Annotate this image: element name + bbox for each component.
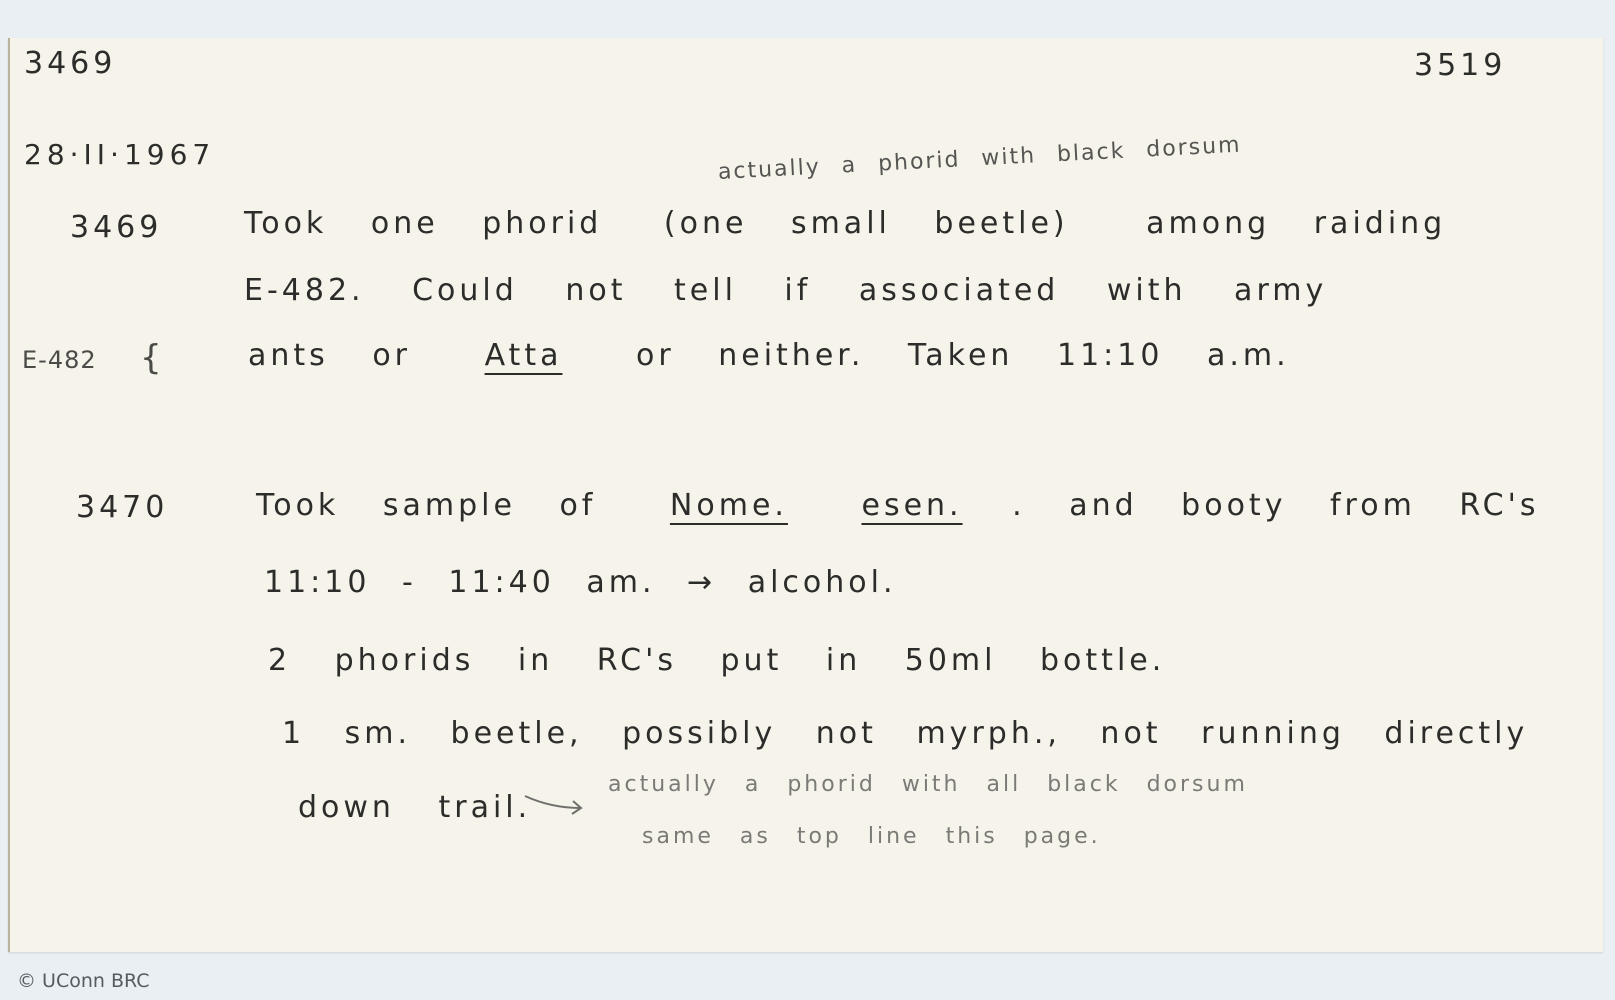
genus-underlined: Nome. — [670, 488, 788, 523]
catalog-number-right: 3519 — [1414, 48, 1506, 83]
line-text: Took one phorid — [244, 206, 602, 241]
pencil-annotation-line-1: actually a phorid with all black dorsum — [608, 772, 1248, 797]
pencil-annotation-line-2: same as top line this page. — [642, 824, 1101, 849]
line-text: Took sample of — [256, 488, 596, 523]
catalog-number-left: 3469 — [24, 46, 116, 81]
copyright-watermark: © UConn BRC — [17, 970, 150, 992]
entry-line-4: 1 sm. beetle, possibly not myrph., not r… — [282, 716, 1528, 751]
line-text: . and booty from RC's — [1012, 488, 1539, 523]
struck-identification: (one small beetle) — [664, 206, 1069, 241]
brace-mark: { — [140, 338, 162, 378]
line-text: or neither. Taken 11:10 a.m. — [636, 338, 1290, 373]
entry-line-1: Took one phorid (one small beetle) among… — [244, 206, 1446, 241]
entry-number: 3470 — [76, 490, 168, 525]
species-underlined: esen. — [861, 488, 962, 523]
genus-underlined: Atta — [485, 338, 563, 373]
entry-line-2: 11:10 - 11:40 am. → alcohol. — [264, 565, 897, 600]
line-text: ants or — [248, 338, 411, 373]
entry-line-3: ants or Atta or neither. Taken 11:10 a.m… — [248, 338, 1290, 373]
entry-line-1: Took sample of Nome. esen. . and booty f… — [256, 488, 1540, 523]
margin-note: E-482 — [22, 346, 97, 374]
collection-date: 28·II·1967 — [24, 138, 215, 171]
specimen-index-card: 3469 3519 28·II·1967 3469 actually a pho… — [8, 38, 1603, 952]
entry-line-3: 2 phorids in RC's put in 50ml bottle. — [268, 643, 1165, 678]
correction-annotation: actually a phorid with black dorsum — [717, 133, 1242, 185]
entry-line-2: E-482. Could not tell if associated with… — [244, 273, 1327, 308]
entry-number: 3469 — [70, 210, 162, 245]
entry-line-5: down trail. — [298, 790, 531, 825]
arrow-icon — [523, 790, 593, 820]
line-text: among raiding — [1146, 206, 1446, 241]
